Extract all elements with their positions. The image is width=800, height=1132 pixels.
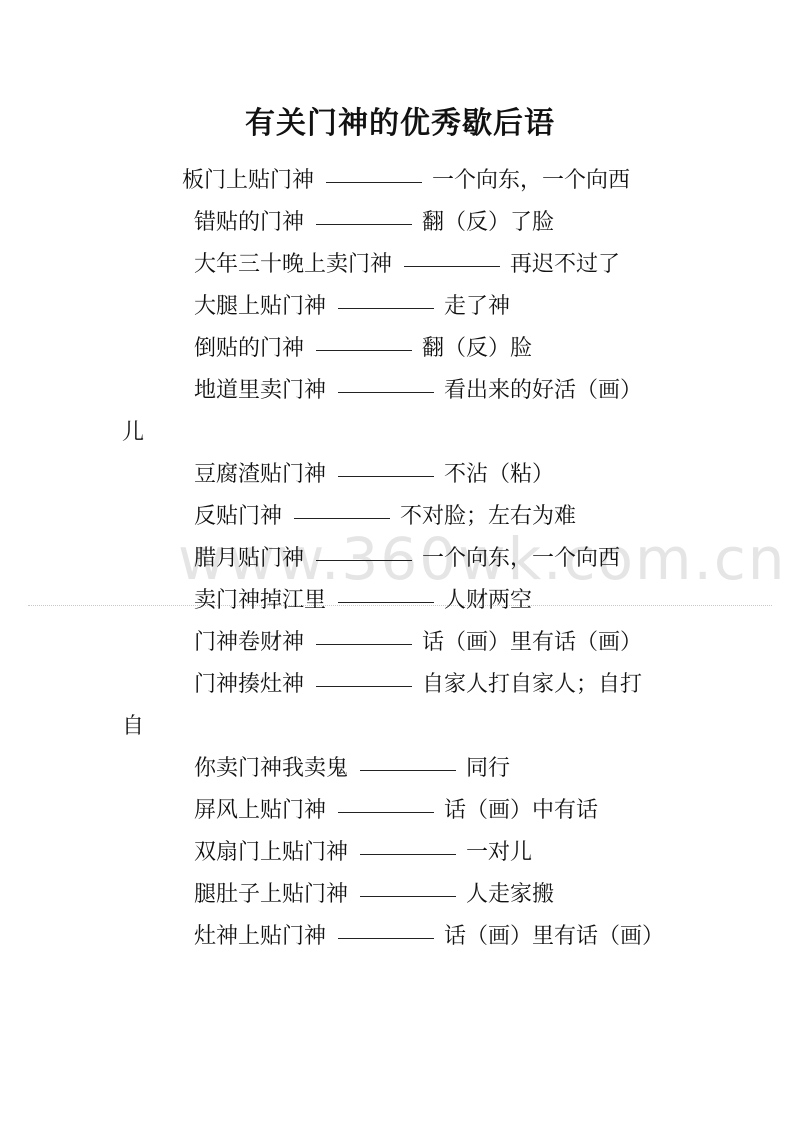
dash-separator	[338, 812, 434, 813]
list-item: 腊月贴门神一个向东，一个向西	[194, 544, 620, 574]
answer-text: 再迟不过了	[510, 252, 620, 277]
riddle-text: 灶神上贴门神	[194, 924, 326, 949]
answer-text: 人走家搬	[466, 882, 554, 907]
answer-text: 翻（反）脸	[422, 336, 532, 361]
dash-separator	[338, 476, 434, 477]
wrapped-text: 自	[122, 712, 144, 742]
riddle-text: 大年三十晚上卖门神	[194, 252, 392, 277]
list-item: 大年三十晚上卖门神再迟不过了	[194, 250, 620, 280]
dash-separator	[360, 896, 456, 897]
dash-separator	[316, 686, 412, 687]
riddle-text: 门神揍灶神	[194, 672, 304, 697]
dash-separator	[360, 854, 456, 855]
list-item: 腿肚子上贴门神人走家搬	[194, 880, 554, 910]
list-item: 倒贴的门神翻（反）脸	[194, 334, 532, 364]
riddle-text: 豆腐渣贴门神	[194, 462, 326, 487]
answer-text: 一对儿	[466, 840, 532, 865]
riddle-text: 腊月贴门神	[194, 546, 304, 571]
answer-text: 不对脸；左右为难	[400, 504, 576, 529]
list-item: 板门上贴门神一个向东，一个向西	[182, 166, 630, 196]
riddle-text: 双扇门上贴门神	[194, 840, 348, 865]
answer-text: 一个向东，一个向西	[432, 168, 630, 193]
dash-separator	[338, 308, 434, 309]
list-item: 大腿上贴门神走了神	[194, 292, 510, 322]
riddle-text: 地道里卖门神	[194, 378, 326, 403]
dash-separator	[338, 602, 434, 603]
riddle-text: 反贴门神	[194, 504, 282, 529]
list-item: 灶神上贴门神话（画）里有话（画）	[194, 922, 664, 952]
riddle-text: 倒贴的门神	[194, 336, 304, 361]
answer-text: 看出来的好活（画）	[444, 378, 642, 403]
list-item: 双扇门上贴门神一对儿	[194, 838, 532, 868]
dash-separator	[360, 770, 456, 771]
document-title: 有关门神的优秀歇后语	[0, 98, 800, 142]
dash-separator	[294, 518, 390, 519]
dash-separator	[316, 560, 412, 561]
riddle-text: 大腿上贴门神	[194, 294, 326, 319]
list-item: 反贴门神不对脸；左右为难	[194, 502, 576, 532]
answer-text: 一个向东，一个向西	[422, 546, 620, 571]
riddle-text: 屏风上贴门神	[194, 798, 326, 823]
list-item: 豆腐渣贴门神不沾（粘）	[194, 460, 554, 490]
riddle-text: 板门上贴门神	[182, 168, 314, 193]
answer-text: 人财两空	[444, 588, 532, 613]
riddle-text: 你卖门神我卖鬼	[194, 756, 348, 781]
riddle-text: 卖门神掉江里	[194, 588, 326, 613]
riddle-text: 腿肚子上贴门神	[194, 882, 348, 907]
answer-text: 话（画）里有话（画）	[422, 630, 642, 655]
dash-separator	[316, 350, 412, 351]
list-item: 门神揍灶神自家人打自家人；自打	[194, 670, 642, 700]
dash-separator	[326, 182, 422, 183]
answer-text: 话（画）中有话	[444, 798, 598, 823]
answer-text: 自家人打自家人；自打	[422, 672, 642, 697]
answer-text: 翻（反）了脸	[422, 210, 554, 235]
answer-text: 走了神	[444, 294, 510, 319]
dash-separator	[404, 266, 500, 267]
list-item: 你卖门神我卖鬼同行	[194, 754, 510, 784]
answer-text: 同行	[466, 756, 510, 781]
wrapped-text: 儿	[122, 418, 144, 448]
riddle-text: 错贴的门神	[194, 210, 304, 235]
riddle-text: 门神卷财神	[194, 630, 304, 655]
dash-separator	[316, 644, 412, 645]
dash-separator	[316, 224, 412, 225]
list-item: 门神卷财神话（画）里有话（画）	[194, 628, 642, 658]
list-item: 卖门神掉江里人财两空	[194, 586, 532, 616]
dash-separator	[338, 938, 434, 939]
list-item: 错贴的门神翻（反）了脸	[194, 208, 554, 238]
list-item: 地道里卖门神看出来的好活（画）	[194, 376, 642, 406]
dash-separator	[338, 392, 434, 393]
answer-text: 话（画）里有话（画）	[444, 924, 664, 949]
list-item: 屏风上贴门神话（画）中有话	[194, 796, 598, 826]
answer-text: 不沾（粘）	[444, 462, 554, 487]
